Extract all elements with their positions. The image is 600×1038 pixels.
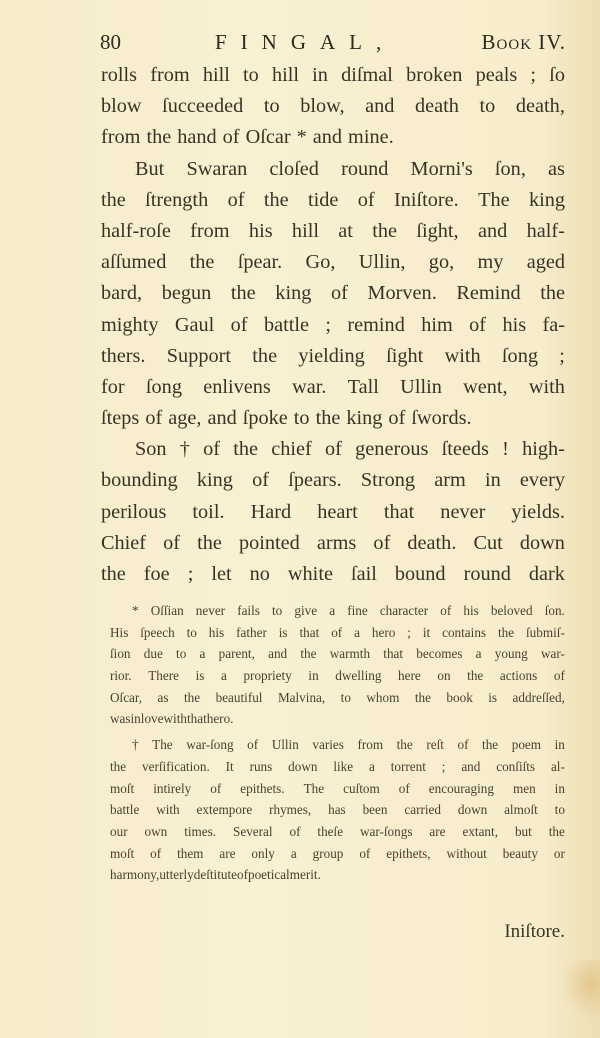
footnote-line: ourowntimes.Severaloftheſewar-ſongsareex…	[110, 821, 565, 843]
text-line: half-roſefromhishillattheſight,andhalf-	[101, 216, 565, 247]
text-line: aſſumedtheſpear.Go,Ullin,go,myaged	[101, 247, 565, 278]
text-line: ſtepsofage,andſpoketothekingofſwords.	[101, 403, 565, 434]
footnote-line: moſtintirelyofepithets.Thecuſtomofencour…	[110, 778, 565, 800]
text-line: rollsfromhilltohillindiſmalbrokenpeals;ſ…	[101, 60, 565, 91]
footnote-line: Oſcar,asthebeautifulMalvina,towhomtheboo…	[110, 687, 565, 709]
main-text: rollsfromhilltohillindiſmalbrokenpeals;ſ…	[101, 60, 565, 590]
text-line: fromthehandofOſcar*andmine.	[101, 122, 565, 153]
running-title: FINGAL,	[215, 30, 395, 55]
text-line: mightyGaulofbattle;remindhimofhisfa-	[101, 310, 565, 341]
text-line: boundingkingofſpears.Strongarminevery	[101, 465, 565, 496]
catchword: Iniſtore.	[504, 921, 565, 943]
book-page: 80 FINGAL, Book IV. rollsfromhilltohilli…	[0, 0, 600, 1038]
text-line: thefoe;letnowhiteſailboundrounddark	[101, 559, 565, 590]
text-line: periloustoil.Hardheartthatneveryields.	[101, 497, 565, 528]
paper-stain	[560, 960, 600, 1020]
footnote-line: battlewithextemporerhymes,hasbeencarried…	[110, 799, 565, 821]
page-number: 80	[100, 30, 121, 55]
text-line: Son†ofthechiefofgenerousſteeds!high-	[101, 434, 565, 465]
footnote-line: ſionduetoaparent,andthewarmththatbecomes…	[110, 643, 565, 665]
footnote-line: †Thewar-ſongofUllinvariesfromthereſtofth…	[110, 734, 565, 756]
running-header: 80 FINGAL, Book IV.	[100, 30, 566, 60]
text-line: Chiefofthepointedarmsofdeath.Cutdown	[101, 528, 565, 559]
text-line: forſongenlivenswar.TallUllinwent,with	[101, 372, 565, 403]
text-line: bard,begunthekingofMorven.Remindthe	[101, 278, 565, 309]
text-line: blowſucceededtoblow,anddeathtodeath,	[101, 91, 565, 122]
footnote-line: rior.Thereisaproprietyindwellinghereonth…	[110, 665, 565, 687]
footnote-line: wasinlovewiththathero.	[110, 708, 565, 730]
footnote-line: *Oſſianneverfailstogiveafinecharacterofh…	[110, 600, 565, 622]
text-line: ButSwarancloſedroundMorni'sſon,as	[101, 154, 565, 185]
footnote-line: Hisſpeechtohisfatheristhatofahero;itcont…	[110, 622, 565, 644]
footnote-line: moſtofthemareonlyagroupofepithets,withou…	[110, 843, 565, 865]
footnote-line: harmony,utterlydeſtituteofpoeticalmerit.	[110, 864, 565, 886]
footnote-line: theverſification.Itrunsdownlikeatorrent;…	[110, 756, 565, 778]
text-line: thers.Supporttheyieldingſightwithſong;	[101, 341, 565, 372]
footnotes: *Oſſianneverfailstogiveafinecharacterofh…	[110, 600, 565, 886]
book-label: Book IV.	[482, 30, 566, 55]
text-line: theſtrengthofthetideofIniſtore.Theking	[101, 185, 565, 216]
